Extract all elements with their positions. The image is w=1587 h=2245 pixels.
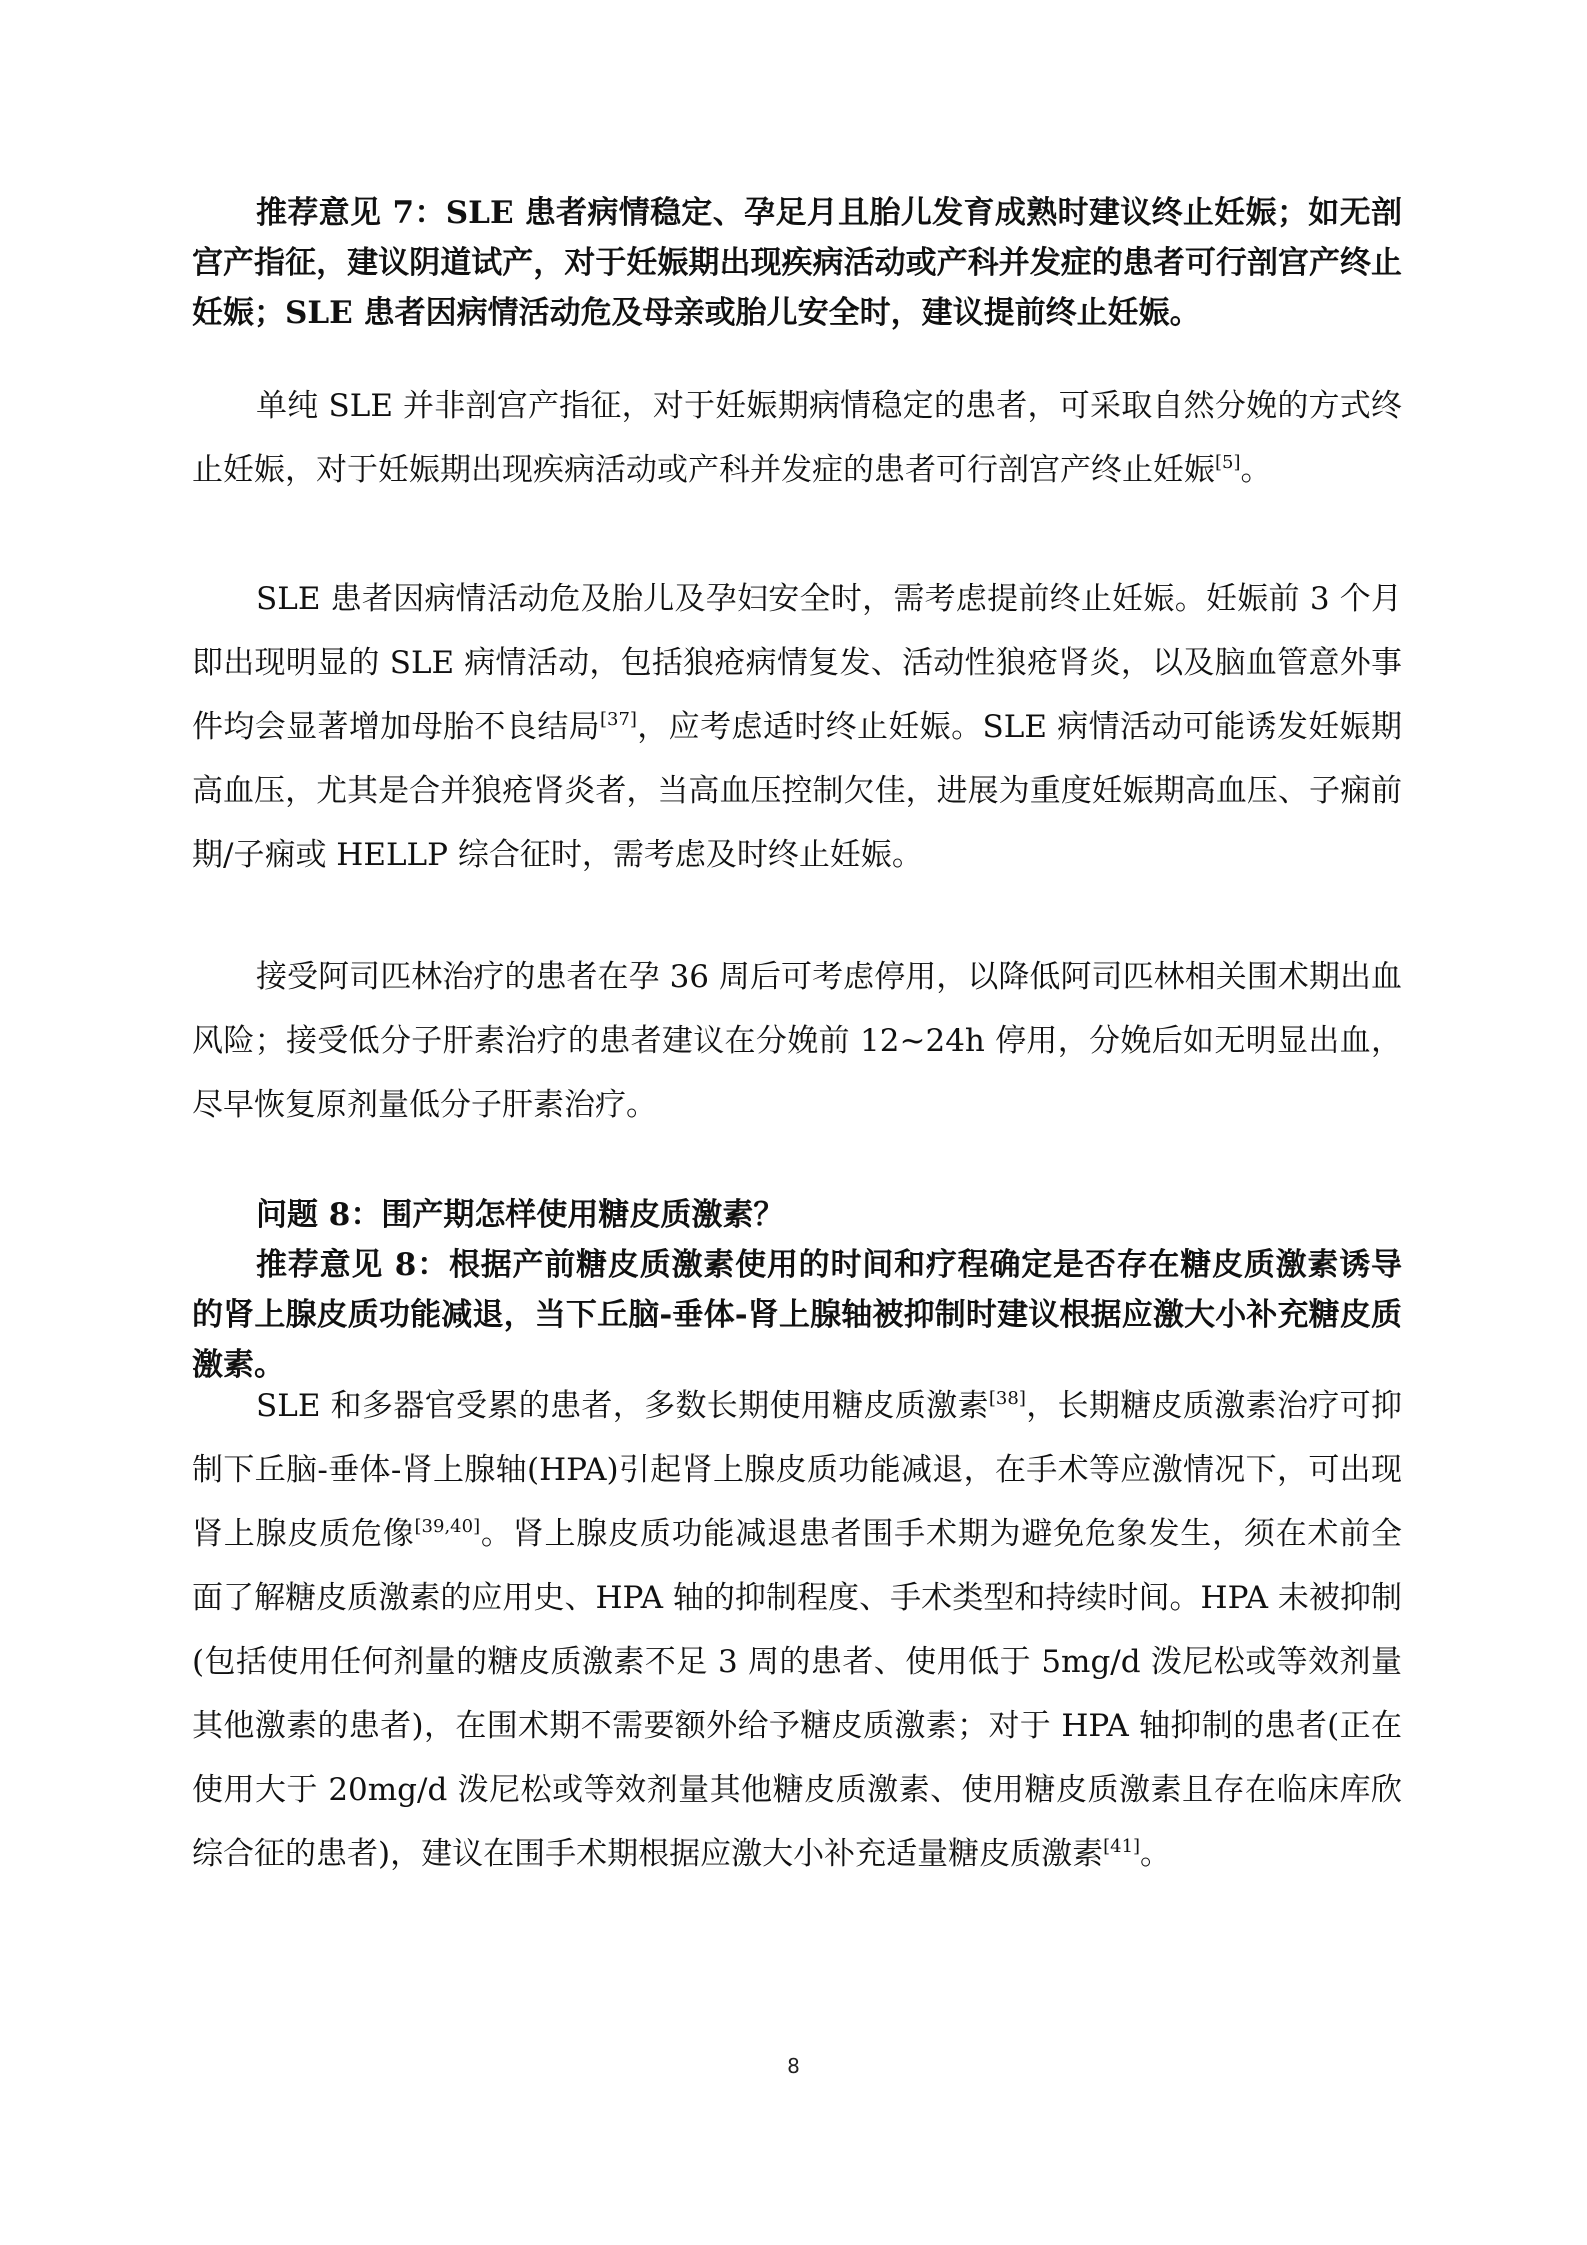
paragraph-glucocorticoid: SLE 和多器官受累的患者，多数长期使用糖皮质激素[38]，长期糖皮质激素治疗可… bbox=[192, 1374, 1402, 1886]
paragraph-anticoagulant: 接受阿司匹林治疗的患者在孕 36 周后可考虑停用，以降低阿司匹林相关围术期出血风… bbox=[192, 945, 1402, 1137]
paragraph-early-termination: SLE 患者因病情活动危及胎儿及孕妇安全时，需考虑提前终止妊娠。妊娠前 3 个月… bbox=[192, 567, 1402, 887]
recommendation-7: 推荐意见 7：SLE 患者病情稳定、孕足月且胎儿发育成熟时建议终止妊娠；如无剖宫… bbox=[192, 188, 1402, 338]
question-8-heading: 问题 8：围产期怎样使用糖皮质激素？ bbox=[192, 1190, 1402, 1240]
recommendation-8-label: 推荐意见 8： bbox=[256, 1247, 449, 1283]
paragraph-delivery-mode: 单纯 SLE 并非剖宫产指征，对于妊娠期病情稳定的患者，可采取自然分娩的方式终止… bbox=[192, 374, 1402, 502]
question-8-label: 问题 8： bbox=[256, 1197, 381, 1233]
recommendation-8: 推荐意见 8：根据产前糖皮质激素使用的时间和疗程确定是否存在糖皮质激素诱导的肾上… bbox=[192, 1240, 1402, 1390]
citation-ref: [5] bbox=[1215, 452, 1241, 473]
citation-ref: [39,40] bbox=[415, 1516, 481, 1537]
citation-ref: [38] bbox=[989, 1388, 1026, 1409]
page-number: 8 bbox=[0, 2054, 1587, 2078]
citation-ref: [41] bbox=[1103, 1836, 1140, 1857]
recommendation-7-label: 推荐意见 7： bbox=[256, 195, 446, 231]
question-8-text: 围产期怎样使用糖皮质激素？ bbox=[381, 1197, 784, 1233]
citation-ref: [37] bbox=[600, 709, 637, 730]
